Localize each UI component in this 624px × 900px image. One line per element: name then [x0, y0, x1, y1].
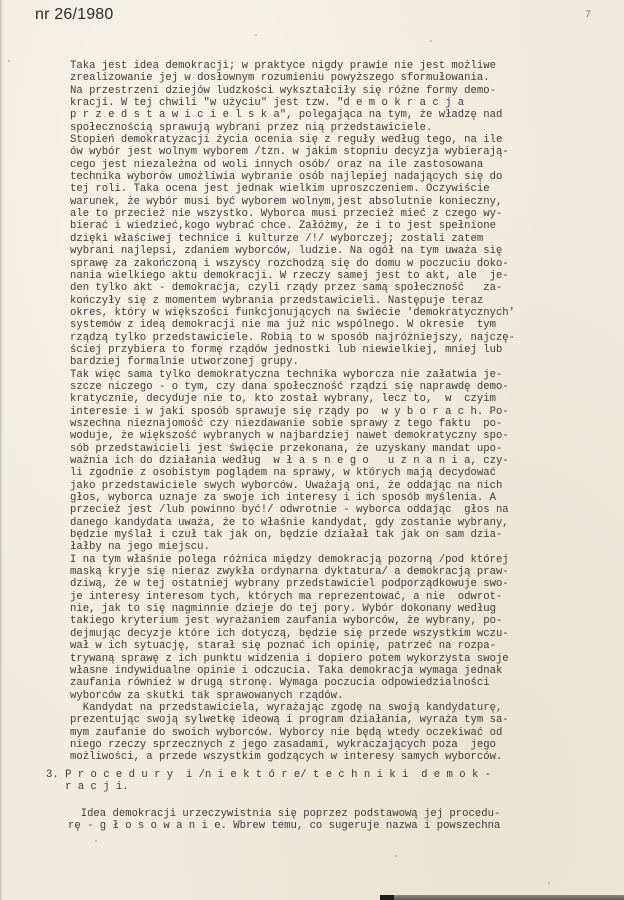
text-line: kończyły się z momentem wybrania przedst…	[70, 295, 590, 307]
text-line: zaufania również w drugą stronę. Wymaga …	[70, 677, 590, 689]
text-line: cego jest niezależna od woli innych osób…	[70, 159, 590, 171]
text-line: kracji. W tej chwili "w użyciu" jest tzw…	[70, 97, 590, 109]
text-line: ale to przecież nie wszystko. Wyborca mu…	[70, 208, 590, 220]
text-line: I na tym właśnie polega różnica między d…	[70, 554, 590, 566]
text-line: rządzą tylko przedstawiciele. Robią to w…	[70, 332, 590, 344]
text-line: jako przedstawiciele swych wyborców. Uwa…	[70, 480, 590, 492]
text-line: Kandydat na przedstawiciela, wyrażając z…	[70, 702, 590, 714]
text-line: Na przestrzeni dziejów ludzkości wykszta…	[70, 85, 590, 97]
text-line: nie, jak to się nagminnie dzieje do tej …	[70, 603, 590, 615]
text-line: wał w ich sytuację, starał się poznać ic…	[70, 640, 590, 652]
text-line: społecznością sprawują wybrani przez nią…	[70, 122, 590, 134]
scan-speck	[548, 882, 550, 884]
text-line: p r z e d s t a w i c i e l s k a", pole…	[70, 109, 590, 121]
text-line: warunek, że wybór musi być wyborem wolny…	[70, 196, 590, 208]
text-line: systemów z ideą demokracji nie ma już ni…	[70, 319, 590, 331]
text-line: Idea demokracji urzeczywistnia się poprz…	[68, 808, 500, 820]
scan-speck	[95, 840, 97, 842]
text-line: maską kryje się nieraz zwykła ordynarna …	[70, 566, 590, 578]
text-line: przecież jest /lub powinno być!/ odwrotn…	[70, 504, 590, 516]
text-line: takiego kryterium jest wyrażaniem zaufan…	[70, 615, 590, 627]
text-line: możliwości, a przede wszystkim godzących…	[70, 751, 590, 763]
text-line: bierać i wiedzieć,kogo wybrać chce. Załó…	[70, 220, 590, 232]
text-line: zrealizowanie jej w dosłownym rozumieniu…	[70, 72, 590, 84]
text-line: ściej przybiera to formę rządów jednostk…	[70, 344, 590, 356]
text-line: okres, który w większości funkcjonującyc…	[70, 307, 590, 319]
scan-bottom-shadow	[380, 895, 624, 900]
section-body: Idea demokracji urzeczywistnia się poprz…	[68, 808, 500, 833]
text-line: łałby na jego miejscu.	[70, 541, 590, 553]
text-line: wyborców za skutki tak sprawowanych rząd…	[70, 690, 590, 702]
scan-speck	[255, 34, 257, 36]
text-line: własne indywidualne opinie i odczucia. T…	[70, 665, 590, 677]
text-line: li zgodnie z osobistym poglądem na spraw…	[70, 467, 590, 479]
text-line: mym zaufanie do swoich wyborców. Wyborcy…	[70, 727, 590, 739]
page-number: 7	[585, 10, 591, 21]
text-line: dziwą, że w tej ostatniej wybrany przeds…	[70, 578, 590, 590]
text-line: nania wielkiego aktu demokracji. W rzecz…	[70, 270, 590, 282]
text-line: je interesy interesom tych, których ma r…	[70, 591, 590, 603]
text-line: będzie myślał i czuł tak jak on, będzie …	[70, 529, 590, 541]
text-line: ów wybór jest wolnym wyborem /tzn. w jak…	[70, 146, 590, 158]
scanned-page: nr 26/1980 7 Taka jest idea demokracji; …	[0, 0, 624, 900]
text-line: niego rzeczy sprzecznych z jego zasadami…	[70, 739, 590, 751]
text-line: głos, wyborca uznaje za swoje ich intere…	[70, 492, 590, 504]
issue-number: nr 26/1980	[35, 6, 114, 24]
text-line: technika wyborów umożliwia wybranie osób…	[70, 171, 590, 183]
text-line: interesie i w jaki sposób sprawuje się r…	[70, 406, 590, 418]
text-line: den tylko akt - demokracja, czyli rządy …	[70, 282, 590, 294]
scan-speck	[8, 60, 10, 62]
text-line: danego kandydata uważa, że to właśnie ka…	[70, 517, 590, 529]
text-line: 3. P r o c e d u r y i /n i e k t ó r e/…	[46, 769, 491, 781]
text-line: r a c j i.	[46, 781, 491, 793]
scan-speck	[430, 40, 432, 42]
text-line: Stopień demokratyzacji życia ocenia się …	[70, 134, 590, 146]
text-line: dzięki właściwej technice i kulturze /!/…	[70, 233, 590, 245]
section-heading: 3. P r o c e d u r y i /n i e k t ó r e/…	[46, 769, 491, 794]
text-line: sprawę za zakończoną i wszyscy rozchodzą…	[70, 258, 590, 270]
text-line: sób przedstawicieli jest święcie przekon…	[70, 443, 590, 455]
text-line: woduje, że większość wybranych w najbard…	[70, 430, 590, 442]
text-line: bardziej formalnie utworzonej grupy.	[70, 356, 590, 368]
body-text: Taka jest idea demokracji; w praktyce ni…	[70, 60, 590, 764]
text-line: dejmując decyzje które ich dotyczą, będz…	[70, 628, 590, 640]
text-line: wszechna nieznajomość czy niezdawanie so…	[70, 418, 590, 430]
text-line: wybrani najlepsi, zdaniem wyborców, ludz…	[70, 245, 590, 257]
page-edge-shadow	[0, 0, 3, 900]
text-line: ważnia ich do działania według w ł a s n…	[70, 455, 590, 467]
text-line: trywaną sprawę z ich punktu widzenia i d…	[70, 653, 590, 665]
text-line: prezentując swoją sylwetkę ideową i prog…	[70, 714, 590, 726]
text-line: tej roli. Taka ocena jest jednak wielkim…	[70, 183, 590, 195]
text-line: kratycznie, decyduje nie to, kto został …	[70, 393, 590, 405]
text-line: szcze niczego - o tym, czy dana społeczn…	[70, 381, 590, 393]
text-line: Taka jest idea demokracji; w praktyce ni…	[70, 60, 590, 72]
text-line: rę - g ł o s o w a n i e. Wbrew temu, co…	[68, 820, 500, 832]
text-line: Tak więc sama tylko demokratyczna techni…	[70, 369, 590, 381]
scan-speck	[395, 855, 397, 857]
